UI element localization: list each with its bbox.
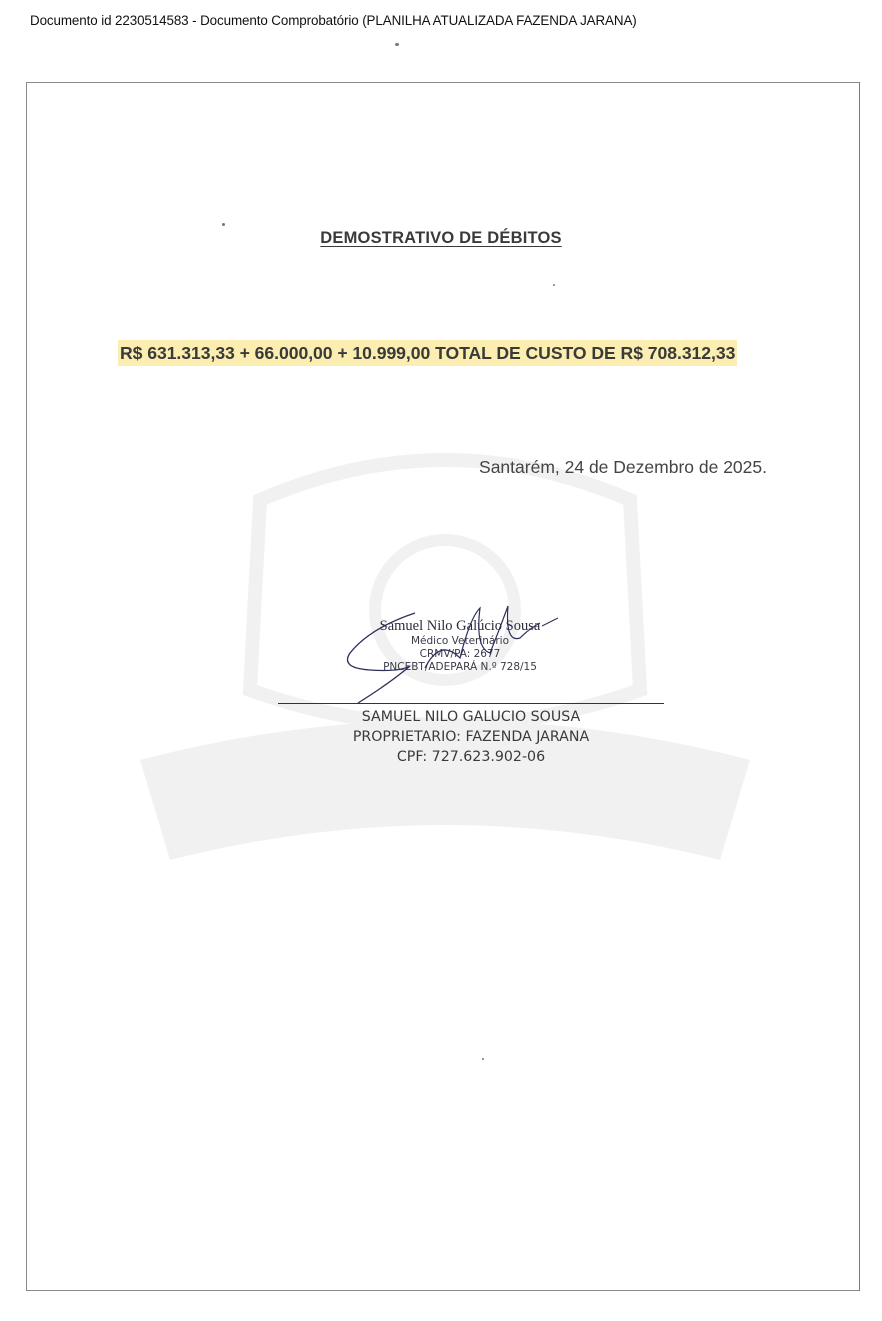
signer-block: SAMUEL NILO GALUCIO SOUSA PROPRIETARIO: … [278,707,664,767]
signer-cpf: CPF: 727.623.902-06 [278,747,664,767]
document-header: Documento id 2230514583 - Documento Comp… [30,13,637,28]
debt-total-line: R$ 631.313,33 + 66.000,00 + 10.999,00 TO… [118,340,737,366]
scan-speck [395,43,399,46]
place-date: Santarém, 24 de Dezembro de 2025. [479,457,767,478]
document-title: DEMOSTRATIVO DE DÉBITOS [0,229,882,248]
handwritten-signature [330,598,570,708]
signer-name: SAMUEL NILO GALUCIO SOUSA [278,707,664,727]
signer-role: PROPRIETARIO: FAZENDA JARANA [278,727,664,747]
signature-line [278,703,664,704]
